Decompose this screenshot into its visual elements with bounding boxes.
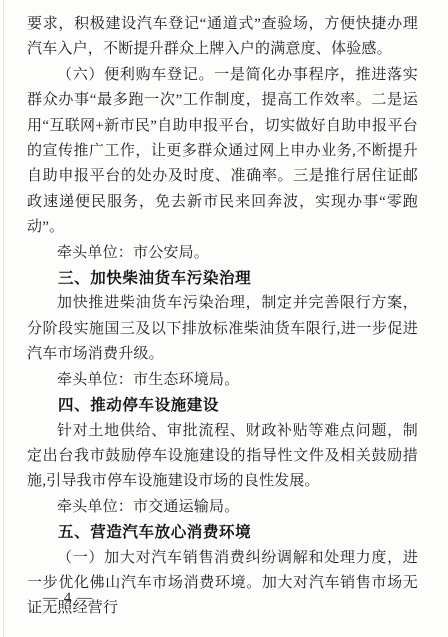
paragraph-section-3-body: 加快推进柴油货车污染治理，制定并完善限行方案，分阶段实施国三及以下排放标准柴油货… xyxy=(27,291,418,367)
document-page: 要求，积极建设汽车登记“通道式”查验场，方便快捷办理汽车入户，不断提升群众上牌入… xyxy=(0,0,448,637)
paragraph-continuation: 要求，积极建设汽车登记“通道式”查验场，方便快捷办理汽车入户，不断提升群众上牌入… xyxy=(27,12,418,63)
page-number: — 4 — xyxy=(43,588,93,608)
section-heading-4: 四、推动停车设施建设 xyxy=(27,393,418,418)
lead-unit-line: 牵头单位：市公安局。 xyxy=(27,241,418,266)
paragraph-section-4-body: 针对土地供给、审批流程、财政补贴等难点问题，制定出台我市鼓励停车设施建设的指导性… xyxy=(27,419,418,495)
document-body: 要求，积极建设汽车登记“通道式”查验场，方便快捷办理汽车入户，不断提升群众上牌入… xyxy=(27,12,418,622)
scan-edge-line xyxy=(3,0,4,637)
lead-unit-line: 牵头单位：市生态环境局。 xyxy=(27,368,418,393)
lead-unit-line: 牵头单位：市交通运输局。 xyxy=(27,495,418,520)
paragraph-item-1: （一）加大对汽车销售消费纠纷调解和处理力度，进一步优化佛山汽车市场消费环境。加大… xyxy=(27,546,418,622)
paragraph-item-6: （六）便利购车登记。一是简化办事程序，推进落实群众办事“最多跑一次”工作制度，提… xyxy=(27,63,418,241)
section-heading-3: 三、加快柴油货车污染治理 xyxy=(27,266,418,291)
section-heading-5: 五、营造汽车放心消费环境 xyxy=(27,520,418,545)
